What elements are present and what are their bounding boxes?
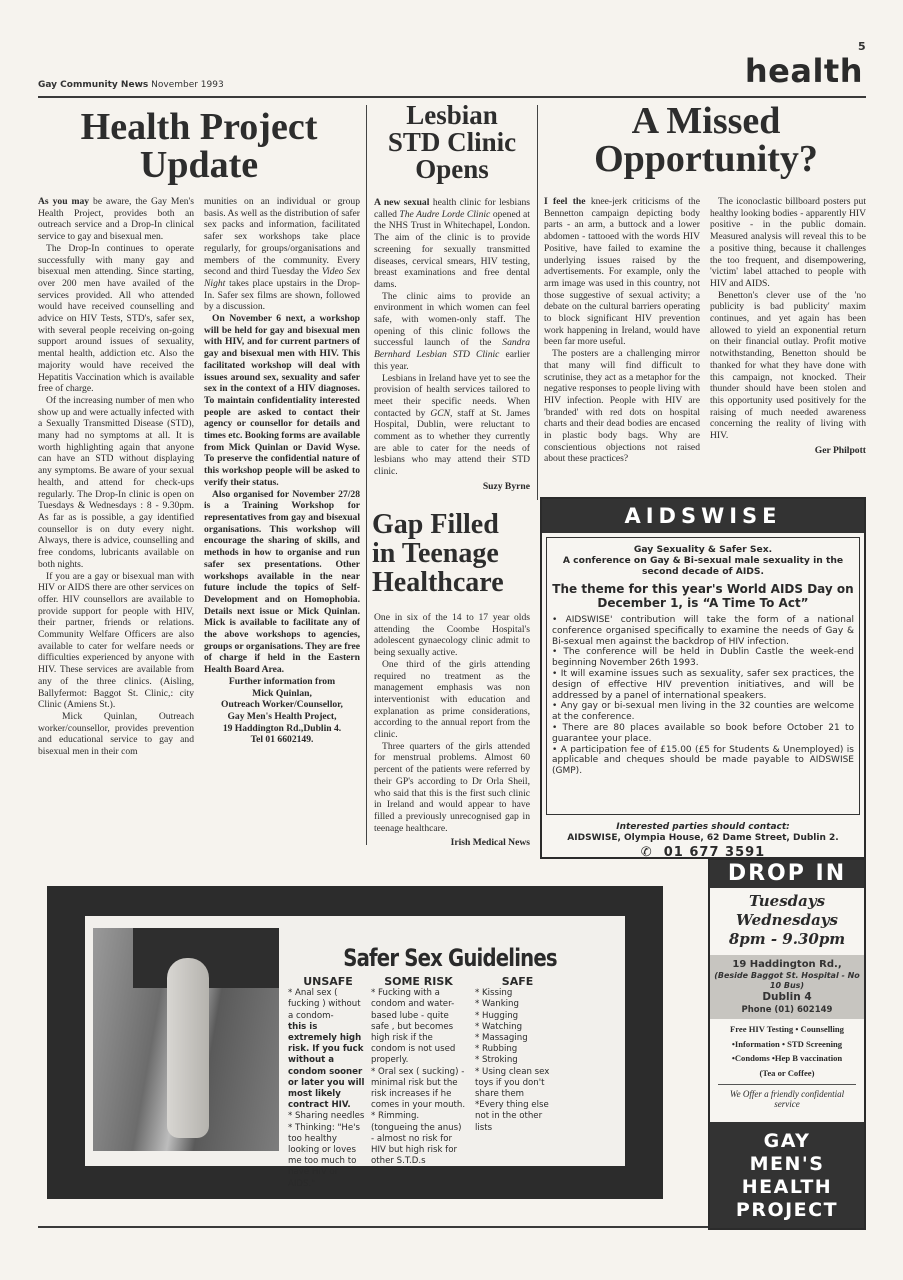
conference-subtitle: Gay Sexuality & Safer Sex. A conference … <box>552 544 854 577</box>
lesbian-clinic-article: A new sexual health clinic for lesbians … <box>374 197 530 493</box>
opening-times: Tuesdays Wednesdays 8pm - 9.30pm <box>710 892 864 949</box>
world-aids-day-theme: The theme for this year's World AIDS Day… <box>552 582 854 610</box>
paragraph-text: knee-jerk criticisms of the Bennetton ca… <box>544 196 700 347</box>
opening-day: Wednesdays <box>710 911 864 930</box>
article-paragraph: A new sexual health clinic for lesbians … <box>374 197 530 291</box>
list-item: * Sharing needles <box>288 1111 368 1122</box>
gay-mens-health-project-logo: GAY MEN'S HEALTH PROJECT <box>710 1122 864 1228</box>
list-item: * Using clean sex toys if you don't shar… <box>475 1067 560 1101</box>
conference-bullets: • AIDSWISE' contribution will take the f… <box>552 615 854 777</box>
aidswise-advert: AIDSWISE Gay Sexuality & Safer Sex. A co… <box>540 497 866 859</box>
headline-line: Update <box>40 146 358 184</box>
list-item: * Anal sex ( fucking ) without a condom- <box>288 988 368 1022</box>
issue-date: November 1993 <box>151 80 224 90</box>
list-item: * Fucking with a condom and water-based … <box>371 988 466 1066</box>
service-line: (Tea or Coffee) <box>710 1066 864 1081</box>
headline-line: A Missed <box>545 102 867 140</box>
lead-in: As you may <box>38 196 89 207</box>
bullet-item: • The conference will be held in Dublin … <box>552 647 854 669</box>
logo-line: PROJECT <box>710 1199 864 1222</box>
opening-day: Tuesdays <box>710 892 864 911</box>
article-paragraph: Of the increasing number of men who show… <box>38 395 194 571</box>
missed-opportunity-column-1: I feel the knee-jerk criticisms of the B… <box>544 196 700 465</box>
list-item: * Wanking <box>475 999 560 1010</box>
paragraph-text: munities on an individual or group basis… <box>204 196 360 277</box>
drop-in-advert: DROP IN Tuesdays Wednesdays 8pm - 9.30pm… <box>708 858 866 1230</box>
safer-sex-guidelines-advert: Safer Sex Guidelines UNSAFE * Anal sex (… <box>47 886 663 1199</box>
lead-in: I feel the <box>544 196 586 207</box>
subtitle-line: Gay Sexuality & Safer Sex. <box>552 544 854 555</box>
article-paragraph: Three quarters of the girls attended for… <box>374 741 530 835</box>
contact-line: Outreach Worker/Counsellor, <box>204 699 360 711</box>
contact-line: 19 Haddington Rd.,Dublin 4. <box>204 723 360 735</box>
article-paragraph: The clinic aims to provide an environmen… <box>374 291 530 373</box>
section-label: health <box>745 52 863 90</box>
headline-line: in Teenage <box>372 539 532 568</box>
health-project-headline: Health Project Update <box>40 108 358 184</box>
contact-address: AIDSWISE, Olympia House, 62 Dame Street,… <box>542 833 864 844</box>
drop-in-address: 19 Haddington Rd., (Beside Baggot St. Ho… <box>710 955 864 1019</box>
byline: Suzy Byrne <box>374 481 530 493</box>
article-paragraph: If you are a gay or bisexual man with HI… <box>38 571 194 711</box>
address-line: Dublin 4 <box>712 991 862 1004</box>
article-paragraph: Also organised for November 27/28 is a T… <box>204 489 360 676</box>
article-paragraph: I feel the knee-jerk criticisms of the B… <box>544 196 700 348</box>
contact-line: Gay Men's Health Project, <box>204 711 360 723</box>
arm-shape <box>167 958 209 1138</box>
list-item: * Oral sex ( sucking) - minimal risk but… <box>371 1067 466 1112</box>
article-paragraph: Benetton's clever use of the 'no publici… <box>710 290 866 442</box>
article-paragraph: Lesbians in Ireland have yet to see the … <box>374 373 530 478</box>
aidswise-banner: AIDSWISE <box>542 499 864 533</box>
column-divider <box>366 105 367 845</box>
bullet-item: • It will examine issues such as sexuali… <box>552 669 854 701</box>
service-line: Free HIV Testing • Counselling <box>710 1022 864 1037</box>
column-divider <box>537 105 538 500</box>
services-list: Free HIV Testing • Counselling •Informat… <box>710 1022 864 1080</box>
list-item: * Rimming. (tongueing the anus) - almost… <box>371 1111 466 1167</box>
top-rule <box>38 96 866 98</box>
headline-line: Opportunity? <box>545 140 867 178</box>
contact-heading: Interested parties should contact: <box>542 822 864 833</box>
list-item: *Every thing else not in the other lists <box>475 1100 560 1134</box>
contact-line: Tel 01 6602149. <box>204 734 360 746</box>
list-item: * Thinking: "He's too healthy looking or… <box>288 1123 368 1190</box>
list-item: * Rubbing <box>475 1044 560 1055</box>
headline-line: Lesbian <box>372 102 532 129</box>
missed-opportunity-column-2: The iconoclastic billboard posters put h… <box>710 196 866 456</box>
publication-name: Gay Community News <box>38 80 148 90</box>
article-paragraph: As you may be aware, the Gay Men's Healt… <box>38 196 194 243</box>
service-line: •Condoms •Hep B vaccination <box>710 1051 864 1066</box>
lesbian-clinic-headline: Lesbian STD Clinic Opens <box>372 102 532 183</box>
list-item: * Massaging <box>475 1033 560 1044</box>
phone-icon: ✆ <box>641 845 653 860</box>
service-line: •Information • STD Screening <box>710 1037 864 1052</box>
list-item: * Watching <box>475 1022 560 1033</box>
drop-in-phone: Phone (01) 602149 <box>712 1004 862 1016</box>
couple-holding-hands-photo <box>93 928 279 1151</box>
headline-line: Health Project <box>40 108 358 146</box>
byline: Irish Medical News <box>374 837 530 849</box>
contact-block: Further information from Mick Quinlan, O… <box>204 676 360 746</box>
confidential-service-note: We Offer a friendly confidential service <box>718 1084 856 1109</box>
address-line: 19 Haddington Rd., <box>712 958 862 971</box>
aidswise-details: Gay Sexuality & Safer Sex. A conference … <box>546 537 860 815</box>
list-item: this is extremely high risk. If you fuck… <box>288 1022 368 1112</box>
aidswise-contact: Interested parties should contact: AIDSW… <box>542 819 864 862</box>
opening-hours: 8pm - 9.30pm <box>710 930 864 949</box>
column-heading: SOME RISK <box>371 976 466 987</box>
article-paragraph: Mick Quinlan, Outreach worker/counsellor… <box>38 711 194 758</box>
headline-line: STD Clinic <box>372 129 532 156</box>
lead-in: A new sexual <box>374 197 429 208</box>
masthead: Gay Community News November 1993 <box>38 80 224 90</box>
logo-line: MEN'S <box>710 1153 864 1176</box>
paragraph-text: opened at the NHS Trust in Whitechapel, … <box>374 209 530 290</box>
list-item: * Stroking <box>475 1055 560 1066</box>
headline-line: Healthcare <box>372 568 532 597</box>
byline: Ger Philpott <box>710 445 866 457</box>
gap-filled-article: One in six of the 14 to 17 year olds att… <box>374 612 530 849</box>
bullet-item: • Any gay or bi-sexual men living in the… <box>552 701 854 723</box>
list-item: * Kissing <box>475 988 560 999</box>
column-heading: UNSAFE <box>288 976 368 987</box>
missed-opportunity-headline: A Missed Opportunity? <box>545 102 867 178</box>
publication-ref: GCN <box>430 408 450 419</box>
bullet-item: • A participation fee of £15.00 (£5 for … <box>552 745 854 777</box>
address-line: (Beside Baggot St. Hospital - No 10 Bus) <box>712 971 862 991</box>
headline-line: Opens <box>372 156 532 183</box>
article-paragraph: The iconoclastic billboard posters put h… <box>710 196 866 290</box>
article-paragraph: The posters are a challenging mirror tha… <box>544 348 700 465</box>
contact-line: Mick Quinlan, <box>204 688 360 700</box>
article-paragraph: On November 6 next, a workshop will be h… <box>204 313 360 489</box>
clinic-name: The Audre Lorde Clinic <box>399 209 490 220</box>
logo-line: GAY <box>710 1130 864 1153</box>
some-risk-column: SOME RISK * Fucking with a condom and wa… <box>371 976 466 1167</box>
bottom-rule <box>38 1226 708 1228</box>
headline-line: Gap Filled <box>372 510 532 539</box>
health-project-column-1: As you may be aware, the Gay Men's Healt… <box>38 196 194 758</box>
drop-in-banner: DROP IN <box>710 860 864 888</box>
article-paragraph: The Drop-In continues to operate success… <box>38 243 194 395</box>
safer-sex-title: Safer Sex Guidelines <box>315 944 586 972</box>
article-paragraph: One in six of the 14 to 17 year olds att… <box>374 612 530 659</box>
bullet-item: • AIDSWISE' contribution will take the f… <box>552 615 854 647</box>
paragraph-text: takes place upstairs in the Drop-In. Saf… <box>204 278 360 312</box>
contact-line: Further information from <box>204 676 360 688</box>
article-paragraph: One third of the girls attending require… <box>374 659 530 741</box>
unsafe-column: UNSAFE * Anal sex ( fucking ) without a … <box>288 976 368 1190</box>
safer-sex-panel: Safer Sex Guidelines UNSAFE * Anal sex (… <box>85 916 625 1166</box>
bullet-item: • There are 80 places available so book … <box>552 723 854 745</box>
health-project-column-2: munities on an individual or group basis… <box>204 196 360 746</box>
list-item: * Hugging <box>475 1011 560 1022</box>
safe-column: SAFE * Kissing * Wanking * Hugging * Wat… <box>475 976 560 1134</box>
logo-line: HEALTH <box>710 1176 864 1199</box>
column-heading: SAFE <box>475 976 560 987</box>
article-paragraph: munities on an individual or group basis… <box>204 196 360 313</box>
subtitle-line: A conference on Gay & Bi-sexual male sex… <box>552 555 854 577</box>
gap-filled-headline: Gap Filled in Teenage Healthcare <box>372 510 532 597</box>
